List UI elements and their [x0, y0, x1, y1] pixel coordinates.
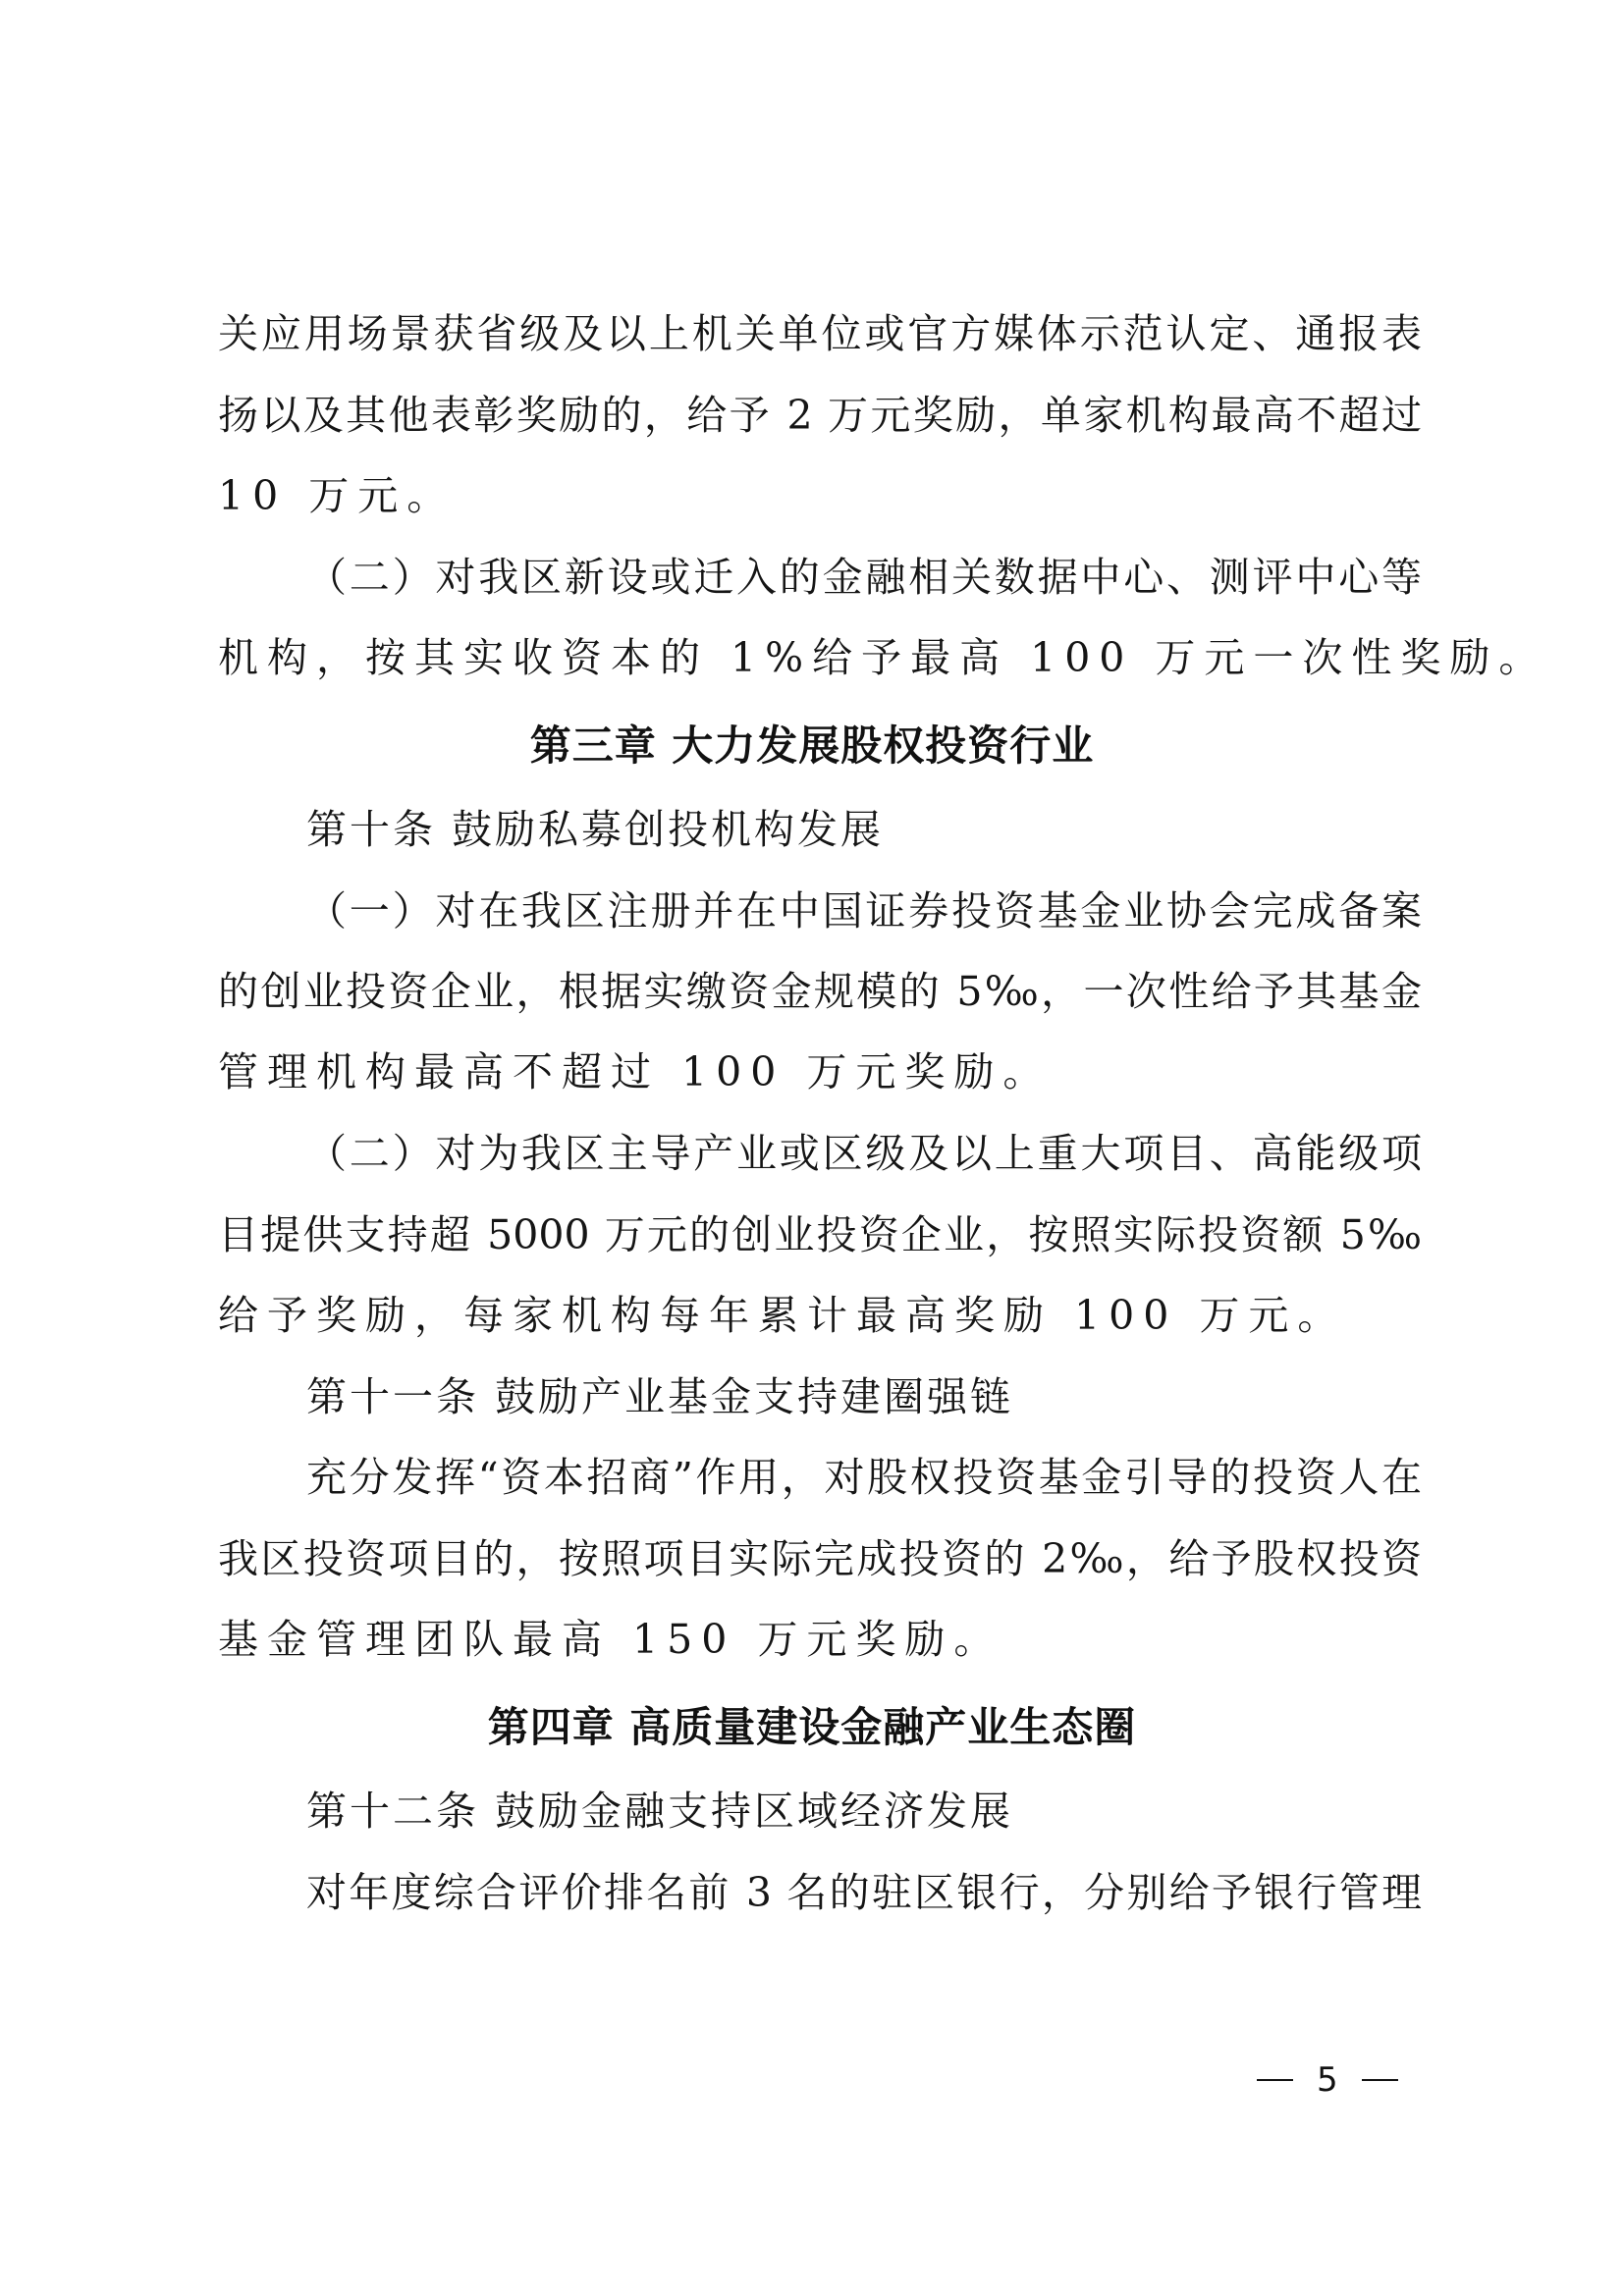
paragraph-line: 给予奖励，每家机构每年累计最高奖励 100 万元。	[218, 1286, 1422, 1345]
chapter-title: 第四章 高质量建设金融产业生态圈	[0, 1696, 1624, 1759]
paragraph-line: 10 万元。	[218, 466, 1422, 525]
chapter-title: 第三章 大力发展股权投资行业	[0, 715, 1624, 777]
paragraph-line: 对年度综合评价排名前 3 名的驻区银行，分别给予银行管理	[306, 1863, 1422, 1922]
paragraph-line: （二）对我区新设或迁入的金融相关数据中心、测评中心等	[306, 548, 1422, 607]
article-title: 第十一条 鼓励产业基金支持建圈强链	[306, 1367, 1013, 1426]
paragraph-line: 充分发挥“资本招商”作用，对股权投资基金引导的投资人在	[306, 1448, 1422, 1507]
document-page: 关应用场景获省级及以上机关单位或官方媒体示范认定、通报表 扬以及其他表彰奖励的，…	[0, 0, 1624, 2296]
dash-right	[1362, 2079, 1398, 2081]
paragraph-line: 管理机构最高不超过 100 万元奖励。	[218, 1042, 1422, 1101]
paragraph-line: （一）对在我区注册并在中国证券投资基金业协会完成备案	[306, 881, 1422, 940]
paragraph-line: 扬以及其他表彰奖励的，给予 2 万元奖励，单家机构最高不超过	[218, 386, 1422, 445]
paragraph-line: 我区投资项目的，按照项目实际完成投资的 2‰，给予股权投资	[218, 1529, 1422, 1588]
page-number-value: 5	[1317, 2056, 1338, 2105]
paragraph-line: （二）对为我区主导产业或区级及以上重大项目、高能级项	[306, 1124, 1422, 1183]
paragraph-line: 关应用场景获省级及以上机关单位或官方媒体示范认定、通报表	[218, 304, 1422, 363]
page-number: 5	[1257, 2056, 1398, 2105]
article-title: 第十条 鼓励私募创投机构发展	[306, 800, 884, 859]
article-title: 第十二条 鼓励金融支持区域经济发展	[306, 1782, 1013, 1841]
paragraph-line: 的创业投资企业，根据实缴资金规模的 5‰，一次性给予其基金	[218, 962, 1422, 1021]
paragraph-line: 机构，按其实收资本的 1%给予最高 100 万元一次性奖励。	[218, 628, 1422, 687]
dash-left	[1257, 2079, 1293, 2081]
paragraph-line: 目提供支持超 5000 万元的创业投资企业，按照实际投资额 5‰	[218, 1205, 1422, 1264]
paragraph-line: 基金管理团队最高 150 万元奖励。	[218, 1610, 1422, 1669]
